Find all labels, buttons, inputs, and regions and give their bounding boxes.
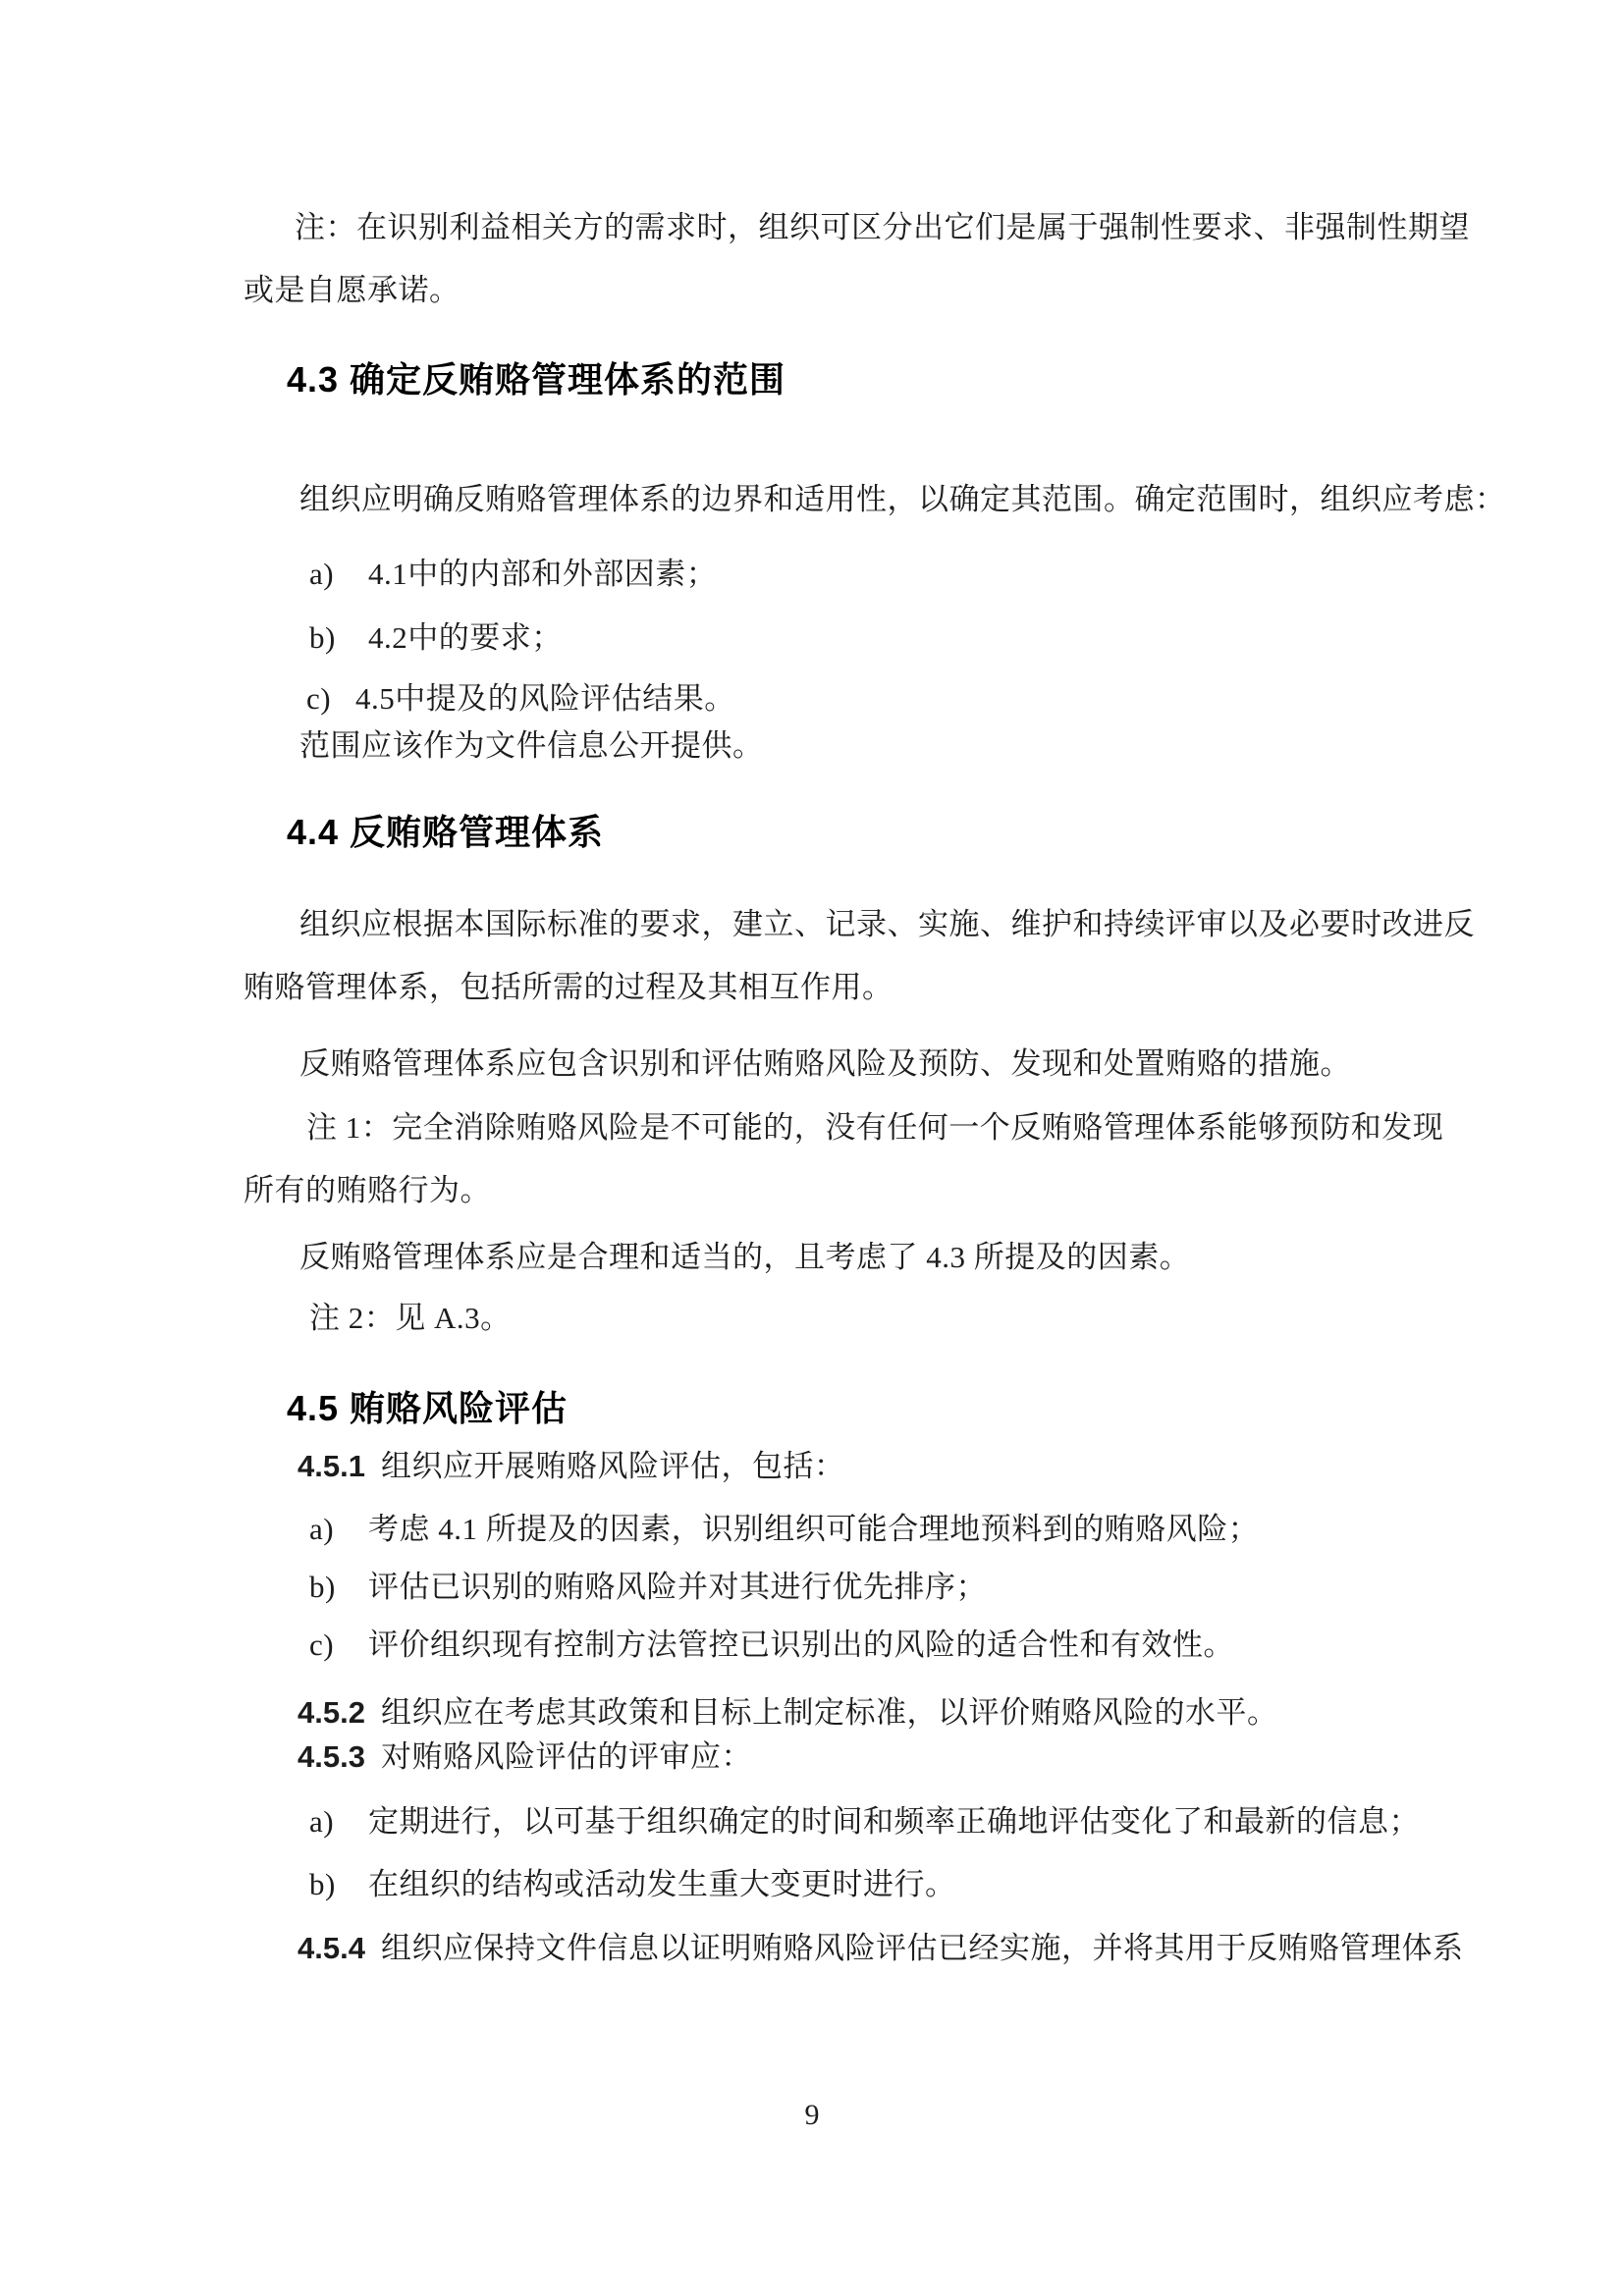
list-marker-c: c) [309, 1628, 368, 1663]
list-marker-a: a) [309, 1512, 368, 1547]
clause-number-4-5-3: 4.5.3 [298, 1739, 365, 1774]
list-text-b: 4.2中的要求； [368, 620, 563, 655]
section-4-4-p3: 反贿赂管理体系应是合理和适当的，且考虑了 4.3 所提及的因素。 [299, 1240, 1190, 1275]
section-4-5-1-item-b: b)评估已识别的贿赂风险并对其进行优先排序； [309, 1570, 987, 1605]
clause-text-4-5-3: 对贿赂风险评估的评审应： [381, 1739, 752, 1774]
section-4-5-1-item-c: c)评价组织现有控制方法管控已识别出的风险的适合性和有效性。 [309, 1628, 1234, 1663]
clause-4-5-1: 4.5.1组织应开展贿赂风险评估，包括： [298, 1449, 844, 1484]
section-4-4-heading: 4.4 反贿赂管理体系 [287, 812, 604, 852]
section-4-3-closing: 范围应该作为文件信息公开提供。 [299, 728, 764, 764]
clause-number-4-5-2: 4.5.2 [298, 1695, 365, 1730]
list-text-a: 定期进行，以可基于组织确定的时间和频率正确地评估变化了和最新的信息； [368, 1804, 1420, 1839]
clause-text-4-5-1: 组织应开展贿赂风险评估，包括： [381, 1449, 845, 1483]
section-4-4-p2: 反贿赂管理体系应包含识别和评估贿赂风险及预防、发现和处置贿赂的措施。 [299, 1046, 1351, 1082]
section-4-4-note1-line-1: 注 1：完全消除贿赂风险是不可能的，没有任何一个反贿赂管理体系能够预防和发现 [306, 1110, 1443, 1146]
clause-number-4-5-1: 4.5.1 [298, 1449, 365, 1483]
list-marker-a: a) [309, 557, 368, 592]
list-text-a: 考虑 4.1 所提及的因素，识别组织可能合理地预料到的贿赂风险； [368, 1512, 1259, 1546]
list-marker-c: c) [306, 681, 355, 717]
list-marker-b: b) [309, 1867, 368, 1902]
document-page: 注：在识别利益相关方的需求时，组织可区分出它们是属于强制性要求、非强制性期望 或… [0, 0, 1624, 2296]
clause-text-4-5-4: 组织应保持文件信息以证明贿赂风险评估已经实施，并将其用于反贿赂管理体系 [381, 1931, 1464, 1965]
section-4-4-note2: 注 2：见 A.3。 [309, 1301, 512, 1336]
intro-note-line-2: 或是自愿承诺。 [244, 273, 460, 308]
list-text-b: 在组织的结构或活动发生重大变更时进行。 [368, 1867, 956, 1901]
section-4-5-heading: 4.5 贿赂风险评估 [287, 1388, 568, 1428]
section-4-5-3-item-b: b)在组织的结构或活动发生重大变更时进行。 [309, 1867, 956, 1902]
list-marker-b: b) [309, 620, 368, 656]
intro-note-line-1: 注：在识别利益相关方的需求时，组织可区分出它们是属于强制性要求、非强制性期望 [295, 210, 1470, 245]
clause-number-4-5-4: 4.5.4 [298, 1931, 365, 1965]
page-number: 9 [0, 2099, 1624, 2132]
section-4-4-note1-line-2: 所有的贿赂行为。 [244, 1173, 491, 1208]
clause-4-5-2: 4.5.2组织应在考虑其政策和目标上制定标准，以评价贿赂风险的水平。 [298, 1695, 1277, 1731]
section-4-5-3-item-a: a)定期进行，以可基于组织确定的时间和频率正确地评估变化了和最新的信息； [309, 1804, 1420, 1840]
list-marker-b: b) [309, 1570, 368, 1605]
list-text-a: 4.1中的内部和外部因素； [368, 557, 717, 591]
clause-text-4-5-2: 组织应在考虑其政策和目标上制定标准，以评价贿赂风险的水平。 [381, 1695, 1278, 1730]
section-4-4-p1-line-2: 贿赂管理体系，包括所需的过程及其相互作用。 [244, 970, 893, 1005]
section-4-3-heading: 4.3 确定反贿赂管理体系的范围 [287, 359, 785, 400]
list-text-b: 评估已识别的贿赂风险并对其进行优先排序； [368, 1570, 987, 1604]
section-4-5-1-item-a: a)考虑 4.1 所提及的因素，识别组织可能合理地预料到的贿赂风险； [309, 1512, 1259, 1547]
list-text-c: 4.5中提及的风险评估结果。 [355, 681, 735, 716]
clause-4-5-4: 4.5.4组织应保持文件信息以证明贿赂风险评估已经实施，并将其用于反贿赂管理体系 [298, 1931, 1463, 1966]
list-text-c: 评价组织现有控制方法管控已识别出的风险的适合性和有效性。 [368, 1628, 1234, 1662]
section-4-3-item-b: b)4.2中的要求； [309, 620, 563, 656]
section-4-3-item-a: a)4.1中的内部和外部因素； [309, 557, 717, 592]
list-marker-a: a) [309, 1804, 368, 1840]
section-4-3-intro: 组织应明确反贿赂管理体系的边界和适用性，以确定其范围。确定范围时，组织应考虑： [299, 482, 1506, 517]
clause-4-5-3: 4.5.3对贿赂风险评估的评审应： [298, 1739, 752, 1775]
section-4-3-item-c: c)4.5中提及的风险评估结果。 [306, 681, 735, 717]
section-4-4-p1-line-1: 组织应根据本国际标准的要求，建立、记录、实施、维护和持续评审以及必要时改进反 [299, 907, 1475, 942]
